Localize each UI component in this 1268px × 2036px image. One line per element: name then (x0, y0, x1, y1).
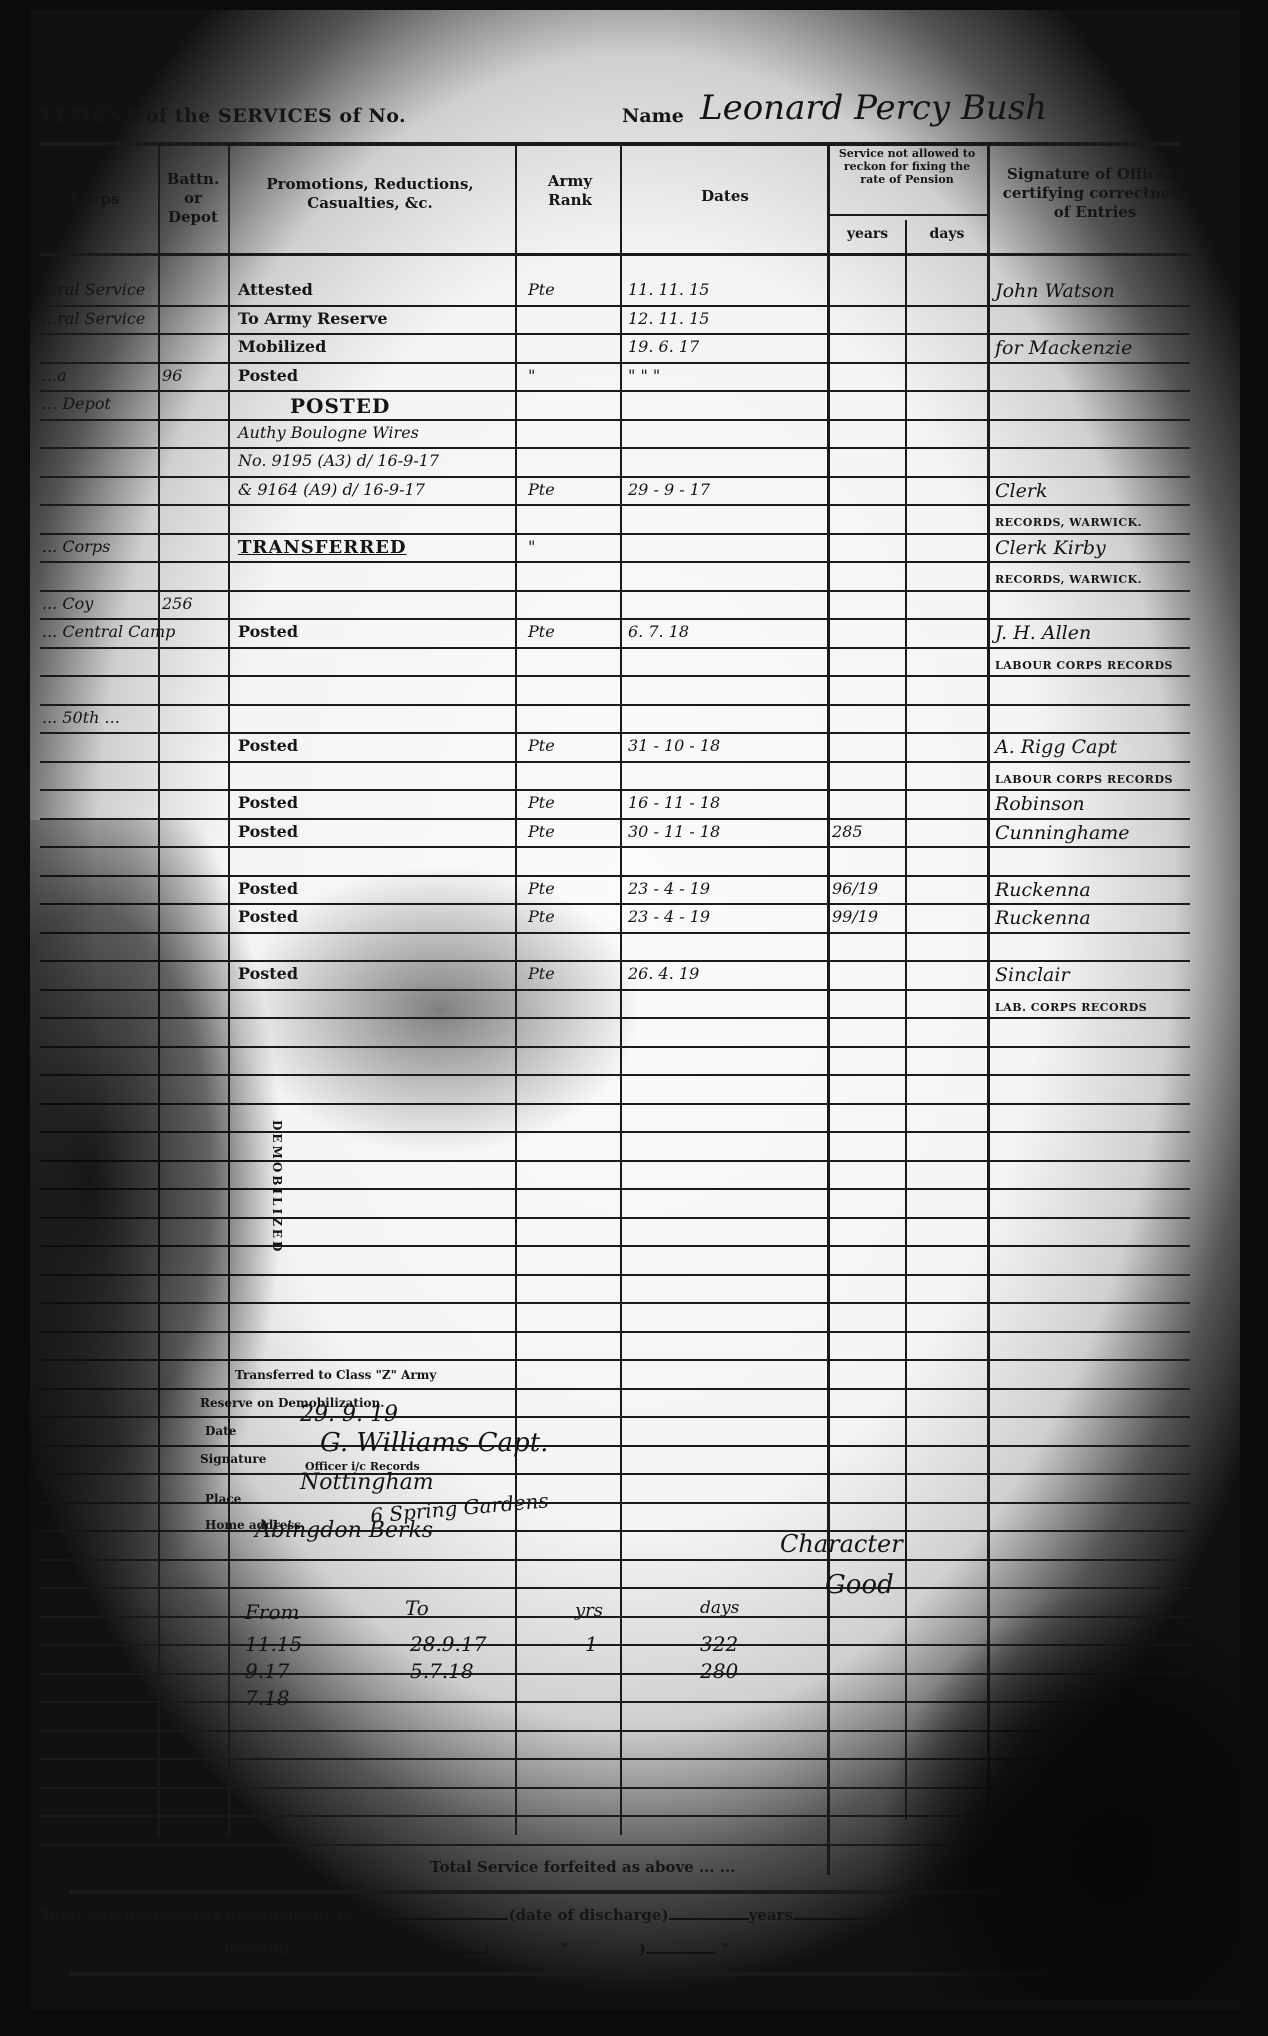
forfeit-header-to: To (405, 1596, 429, 1620)
forfeit-days: 322 (700, 1632, 738, 1656)
cell-promotion: Posted (238, 736, 298, 755)
subheader-rule (828, 214, 988, 216)
forfeit-to: 28.9.17 (410, 1632, 486, 1656)
cell-date: 12. 11. 15 (628, 309, 709, 328)
cell-promotion: Authy Boulogne Wires (238, 423, 419, 442)
row-rule (40, 333, 1190, 335)
row-rule (40, 362, 1190, 364)
row-rule (40, 647, 1190, 649)
cell-promotion: Posted (238, 793, 298, 812)
row-rule (40, 761, 1190, 763)
cell-promotion: TRANSFERRED (238, 537, 407, 558)
date-of-discharge-label: (date of discharge) (508, 1906, 668, 1924)
cell-promotion: & 9164 (A9) d/ 16-9-17 (238, 480, 425, 499)
cell-corps: ... Corps (42, 537, 110, 556)
header-rule (40, 142, 1180, 146)
cell-rank: Pte (528, 480, 555, 499)
cell-signature: Sinclair (995, 964, 1070, 986)
pension-label: " " " Pension " (95, 1940, 328, 1958)
row-rule (40, 704, 1190, 706)
engagement-blank (358, 1906, 508, 1920)
header-promotions: Promotions, Reductions, Casualties, &c. (245, 175, 495, 213)
cell-signature: John Watson (995, 280, 1115, 302)
shading (820, 1520, 1240, 2000)
years-label: years (749, 1906, 793, 1924)
header-service-not-allowed: Service not allowed to reckon for fixing… (832, 147, 982, 186)
row-rule (40, 390, 1190, 392)
cell-corps: ...a (42, 366, 67, 385)
header-days: days (908, 225, 986, 244)
row-rule (40, 789, 1190, 791)
cell-rank: Pte (528, 822, 555, 841)
cell-date: " " " (628, 366, 660, 385)
row-rule (40, 732, 1190, 734)
total-towards-engagement: Total Service towards Engagement to (dat… (40, 1906, 863, 1924)
cell-promotion: No. 9195 (A3) d/ 16-9-17 (238, 451, 439, 470)
cell-signature: LAB. CORPS RECORDS (995, 1001, 1147, 1014)
header-battn: Battn. or Depot (158, 170, 228, 227)
service-record-page: TEMENT of the SERVICES of No. Name Leona… (0, 0, 1268, 2036)
cell-signature: Clerk Kirby (995, 537, 1106, 559)
forfeit-header-days: days (700, 1598, 739, 1618)
cell-corps: ... Central Camp (42, 622, 175, 641)
cell-signature: for Mackenzie (995, 337, 1132, 359)
cell-date: 6. 7. 18 (628, 622, 689, 641)
row-rule (40, 590, 1190, 592)
cell-date: 31 - 10 - 18 (628, 736, 720, 755)
forfeit-yrs: 1 (585, 1632, 598, 1656)
cell-date: 19. 6. 17 (628, 337, 699, 356)
cell-signature: Clerk (995, 480, 1047, 502)
cell-rank: Pte (528, 622, 555, 641)
document-title: TEMENT of the SERVICES of No. (40, 105, 406, 127)
row-rule (40, 561, 1190, 563)
header-bottom-rule (40, 253, 1190, 256)
pension-years-blank (646, 1940, 716, 1954)
cell-signature: J. H. Allen (995, 622, 1091, 644)
ditto-mark: " (721, 1940, 729, 1958)
years-blank (669, 1906, 749, 1920)
cell-signature: Ruckenna (995, 879, 1091, 901)
name-label: Name (622, 105, 684, 127)
soldier-name: Leonard Percy Bush (700, 88, 1047, 128)
cell-signature: A. Rigg Capt (995, 736, 1117, 758)
row-rule (40, 618, 1190, 620)
cell-rank: Pte (528, 793, 555, 812)
total-forfeited: Total Service forfeited as above ... ... (430, 1858, 735, 1876)
cell-corps: ...ral Service (42, 309, 145, 328)
pension-line: " " " Pension " (") " (95, 1940, 729, 1958)
forfeit-header-yrs: yrs (575, 1600, 603, 1621)
cell-years: 99/19 (832, 907, 878, 926)
cell-corps: ... Coy (42, 594, 93, 613)
row-rule (40, 533, 1190, 535)
cell-signature: LABOUR CORPS RECORDS (995, 659, 1173, 672)
cell-corps: ...ral Service (42, 280, 145, 299)
header-signature: Signature of Officers certifying correct… (995, 165, 1195, 222)
row-rule (40, 675, 1190, 677)
cell-signature: RECORDS, WARWICK. (995, 573, 1142, 586)
paren-close: ) (639, 1940, 646, 1958)
cell-signature: Cunninghame (995, 822, 1130, 844)
transfer-signature-value: G. Williams Capt. (320, 1428, 548, 1458)
cell-date: 16 - 11 - 18 (628, 793, 720, 812)
ditto-mark: " (491, 1940, 639, 1958)
cell-date: 29 - 9 - 17 (628, 480, 710, 499)
row-rule (40, 419, 1190, 421)
cell-promotion: POSTED (290, 394, 390, 418)
cell-years: 96/19 (832, 879, 878, 898)
row-rule (40, 305, 1190, 307)
total-towards-label: Total Service towards Engagement to (40, 1906, 353, 1924)
cell-battn: 256 (162, 594, 193, 613)
cell-rank: Pte (528, 736, 555, 755)
cell-corps: ... Depot (42, 394, 111, 413)
cell-promotion: To Army Reserve (238, 309, 388, 328)
pension-blank (334, 1940, 484, 1954)
row-rule (40, 447, 1190, 449)
shading (230, 860, 650, 1160)
cell-years: 285 (832, 822, 863, 841)
cell-rank: " (528, 537, 535, 556)
cell-signature: Robinson (995, 793, 1085, 815)
cell-promotion: Posted (238, 366, 298, 385)
header-rank: Army Rank (525, 172, 615, 210)
forfeit-days: 280 (700, 1659, 738, 1683)
cell-signature: Ruckenna (995, 907, 1091, 929)
cell-rank: " (528, 366, 535, 385)
cell-date: 11. 11. 15 (628, 280, 709, 299)
cell-promotion: Posted (238, 622, 298, 641)
header-corps: Corps (40, 190, 150, 209)
forfeit-to: 5.7.18 (410, 1659, 474, 1683)
cell-corps: ... 50th ... (42, 708, 120, 727)
paren-open: ( (484, 1940, 491, 1958)
cell-battn: 96 (162, 366, 182, 385)
header-dates: Dates (660, 187, 790, 206)
cell-date: 30 - 11 - 18 (628, 822, 720, 841)
cell-rank: Pte (528, 280, 555, 299)
header-years: years (830, 225, 905, 244)
cell-signature: LABOUR CORPS RECORDS (995, 773, 1173, 786)
cell-promotion: Mobilized (238, 337, 326, 356)
row-rule (40, 504, 1190, 506)
row-rule (40, 476, 1190, 478)
cell-promotion: Attested (238, 280, 313, 299)
cell-signature: RECORDS, WARWICK. (995, 516, 1142, 529)
